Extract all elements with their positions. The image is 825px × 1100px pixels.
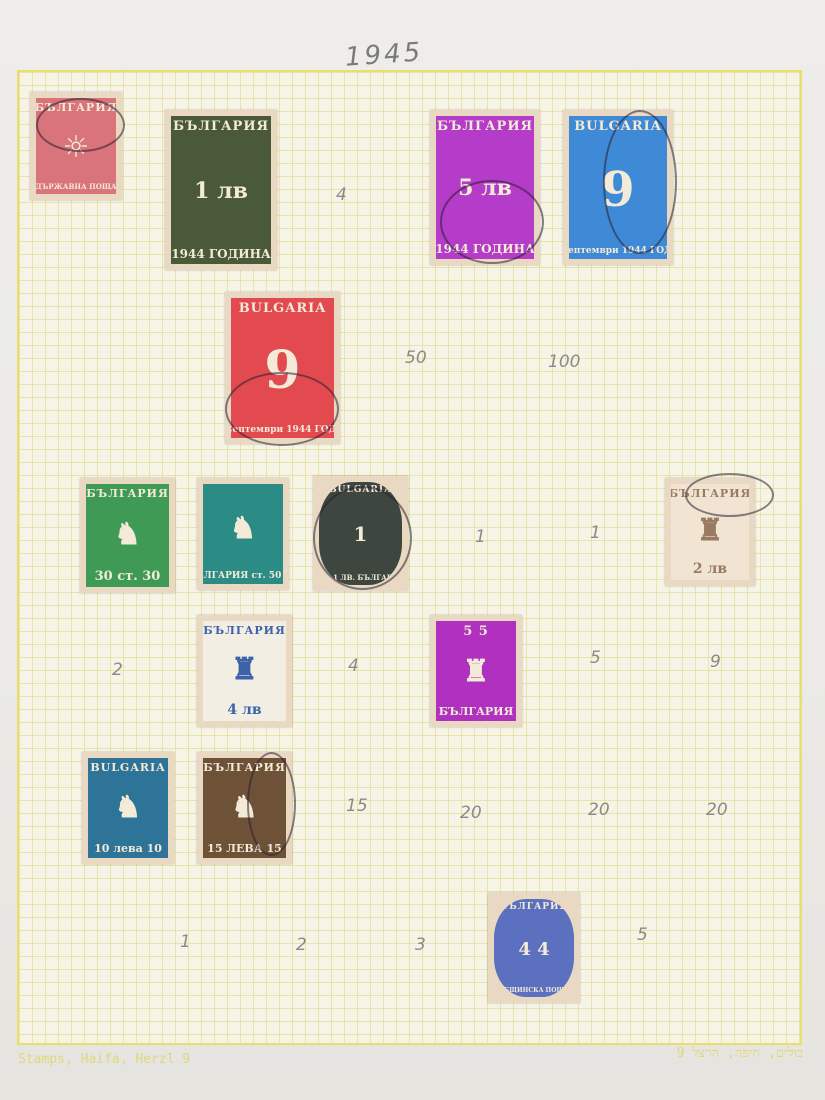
stamp-arms-2lv-brown: БЪЛГАРИЯ ♜ 2 лв [665,478,755,586]
stamp-country: БЪЛГАРИЯ [86,484,169,500]
stamp-country: BULGARIA [329,482,392,495]
stamp-value: 1 [354,524,368,544]
pencil-note: 20 [460,803,482,823]
pencil-note: 5 [637,925,648,945]
stamp-emblem: ☼ [63,133,90,163]
stamp-caption: ОБЩИНСКА ПОЩА [499,987,569,997]
stamp-caption: 15 ЛЕВА 15 [207,842,282,858]
stamp-value: 5 лв [458,177,512,199]
pencil-note: 15 [346,796,368,816]
stamp-caption: 10 лева 10 [94,842,162,858]
pencil-note: 4 [348,656,359,676]
stamp-country: BULGARIA [239,298,327,316]
stamp-caption: ЛВ. 1 ЛВ. БЪЛГАРИЯ [319,573,402,585]
album-page-photo: 1945 БЪЛГАРИЯ ☼ ДЪРЖАВНА ПОЩА БЪЛГАРИЯ 1… [0,0,825,1100]
stamp-caption: 4 лв [227,702,261,721]
stamp-value: 9 [601,166,634,214]
pencil-note: 1 [180,932,191,952]
pencil-note: 20 [706,800,728,820]
pencil-note: 4 [336,185,347,205]
stamp-state-arms-red: БЪЛГАРИЯ ☼ ДЪРЖАВНА ПОЩА [30,92,122,200]
stamp-country: BULGARIA [574,116,662,134]
stamp-nine-20lv: BULGARIA 9 Септември 1944 ГОД. [225,292,340,444]
stamp-lion-30st: БЪЛГАРИЯ ♞ 30 ст. 30 [80,478,175,593]
pencil-note: 3 [415,935,426,955]
stamp-face: БЪЛГАРИЯ ♞ 30 ст. 30 [86,484,169,587]
stamp-emblem: ♞ [230,514,257,544]
stamp-face: BULGARIA 9 Септември 1944 ГОД. [569,116,667,259]
stamp-face: БЪЛГАРИЯ 5 лв 1944 ГОДИНА [436,116,534,259]
stamp-face: БЪЛГАРИЯ ♜ 2 лв [671,484,749,580]
stamp-caption: Септември 1944 ГОД. [569,246,667,259]
pencil-note: 5 [590,648,601,668]
pencil-note: 2 [112,660,123,680]
pencil-note: 9 [710,652,721,672]
stamp-nine-10lv: BULGARIA 9 Септември 1944 ГОД. [563,110,673,265]
stamp-lion-1lv-oval: BULGARIA 1 ЛВ. 1 ЛВ. БЪЛГАРИЯ [313,476,408,591]
stamp-lion-10leva: BULGARIA ♞ 10 лева 10 [82,752,174,864]
year-heading: 1945 [344,37,424,72]
stamp-caption: 1944 ГОДИНА [436,242,534,259]
stamp-country: БЪЛГАРИЯ [173,116,269,134]
stamp-value: 1 лв [194,180,248,202]
stamp-country: BULGARIA [90,758,165,774]
stamp-municipal-4: БЪЛГАРИЯ 4 4 ОБЩИНСКА ПОЩА [488,893,580,1003]
stamp-lion-50st: ♞ БЪЛГАРИЯ ст. 50 ст. [197,478,289,590]
stamp-caption: ДЪРЖАВНА ПОЩА [36,182,116,194]
footer-imprint-hebrew: בולים, חיפה, הרצל 9 [677,1045,803,1061]
stamp-country: БЪЛГАРИЯ [437,116,533,134]
stamp-emblem: ♜ [231,655,258,685]
stamp-face: БЪЛГАРИЯ 1 лв 1944 ГОДИНА [171,116,271,264]
pencil-note: 50 [405,348,427,368]
stamp-face: 5 5 ♜ БЪЛГАРИЯ [436,621,516,721]
stamp-emblem: ♞ [115,793,142,823]
stamp-country: БЪЛГАРИЯ [203,621,286,637]
stamp-september-5lv: БЪЛГАРИЯ 5 лв 1944 ГОДИНА [430,110,540,265]
stamp-face: БЪЛГАРИЯ ♜ 4 лв [203,621,286,721]
stamp-country: БЪЛГАРИЯ [671,484,749,500]
stamp-country: БЪЛГАРИЯ [439,705,514,721]
stamp-september-1lv: БЪЛГАРИЯ 1 лв 1944 ГОДИНА [165,110,277,270]
stamp-arms-5lv-violet: 5 5 ♜ БЪЛГАРИЯ [430,615,522,727]
stamp-emblem: ♞ [231,793,258,823]
pencil-note: 20 [588,800,610,820]
stamp-face: БЪЛГАРИЯ ☼ ДЪРЖАВНА ПОЩА [36,98,116,194]
pencil-note: 2 [296,935,307,955]
stamp-face: BULGARIA 1 ЛВ. 1 ЛВ. БЪЛГАРИЯ [319,482,402,585]
stamp-lion-15leva: БЪЛГАРИЯ ♞ 15 ЛЕВА 15 [197,752,292,864]
stamp-arms-4lv-blue: БЪЛГАРИЯ ♜ 4 лв [197,615,292,727]
pencil-note: 1 [475,527,486,547]
stamp-face: BULGARIA 9 Септември 1944 ГОД. [231,298,334,438]
stamp-country: БЪЛГАРИЯ [203,758,286,774]
stamp-caption: Септември 1944 ГОД. [231,425,334,438]
stamp-caption: 1944 ГОДИНА [171,247,270,264]
stamp-country: БЪЛГАРИЯ [499,899,568,912]
pencil-note: 100 [548,352,580,372]
stamp-country: БЪЛГАРИЯ [36,98,116,114]
stamp-face: БЪЛГАРИЯ ♞ 15 ЛЕВА 15 [203,758,286,858]
stamp-caption: 2 лв [693,561,727,580]
stamp-caption: БЪЛГАРИЯ ст. 50 ст. [203,571,283,584]
stamp-face: BULGARIA ♞ 10 лева 10 [88,758,168,858]
stamp-face: ♞ БЪЛГАРИЯ ст. 50 ст. [203,484,283,584]
stamp-emblem: ♞ [114,520,141,550]
stamp-value: 9 [264,345,300,397]
stamp-caption: 30 ст. 30 [95,569,161,587]
pencil-note: 1 [590,523,601,543]
stamp-value: 4 4 [518,941,549,959]
stamp-emblem: ♜ [697,516,724,546]
stamp-emblem: ♜ [463,657,490,687]
stamp-face: БЪЛГАРИЯ 4 4 ОБЩИНСКА ПОЩА [494,899,574,997]
footer-imprint-english: Stamps, Haifa, Herzl 9 [18,1052,190,1067]
stamp-value: 5 5 [463,621,489,639]
